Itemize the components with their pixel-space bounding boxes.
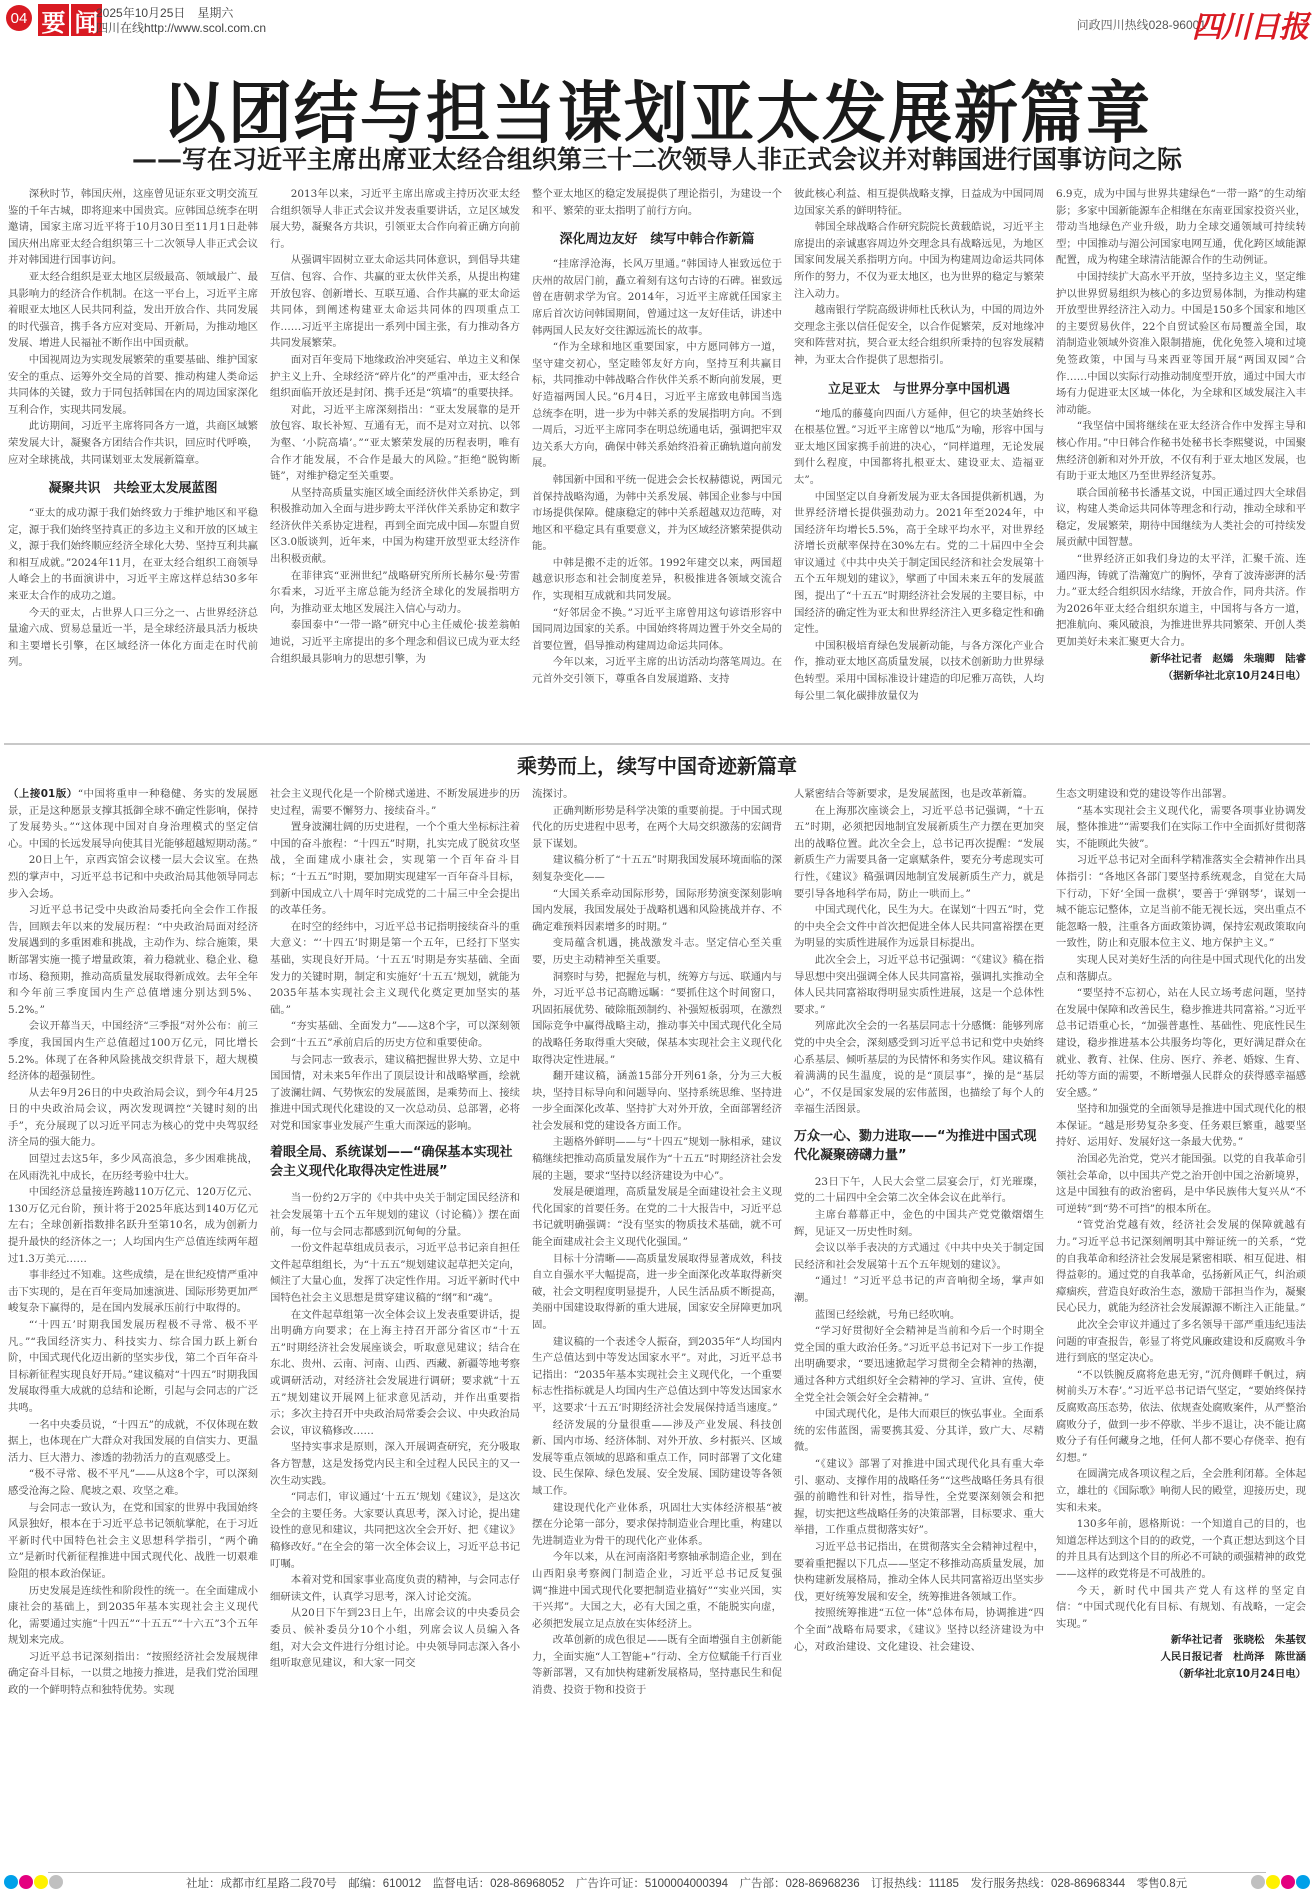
paragraph: “基本实现社会主义现代化，需要各项事业协调发展，整体推进”“需要我们在实际工作中… bbox=[1056, 803, 1306, 853]
paragraph: 历史发展是连续性和阶段性的统一。在全面建成小康社会的基础上，到2035年基本实现… bbox=[8, 1583, 258, 1649]
paragraph: “我坚信中国将继续在亚太经济合作中发挥主导和核心作用。”中日韩合作秘书处秘书长李… bbox=[1056, 418, 1306, 484]
section-heading: 深化周边友好 续写中韩合作新篇 bbox=[532, 228, 782, 247]
paragraph: 此访期间，习近平主席将同各方一道，共商区域繁荣发展大计，凝聚各方团结合作共识，回… bbox=[8, 418, 258, 468]
paragraph: 治国必先治党，党兴才能国强。以党的自我革命引领社会革命，以中国共产党之治开创中国… bbox=[1056, 1151, 1306, 1217]
paragraph: 中国坚定以自身新发展为亚太各国提供新机遇，为世界经济增长提供强劲动力。2021年… bbox=[794, 489, 1044, 638]
yellow-dot-icon bbox=[1266, 1875, 1280, 1889]
paragraph: “‘十四五’时期我国发展历程极不寻常、极不平凡。”“我国经济实力、科技实力、综合… bbox=[8, 1317, 258, 1417]
paragraph: 正确判断形势是科学决策的重要前提。于中国式现代化的历史进程中思考，在两个大局交织… bbox=[532, 803, 782, 853]
color-registration-dots-right bbox=[1251, 1875, 1310, 1889]
website-link[interactable]: 四川在线http://www.scol.com.cn bbox=[96, 21, 266, 36]
paragraph: 变局蕴含机遇，挑战激发斗志。坚定信心至关重要，历史主动精神至关重要。 bbox=[532, 935, 782, 968]
paragraph: “通过！”习近平总书记的声音响彻全场，掌声如潮。 bbox=[794, 1273, 1044, 1306]
paragraph: 习近平总书记指出，在贯彻落实全会精神过程中，要着重把握以下几点——坚定不移推动高… bbox=[794, 1539, 1044, 1605]
paragraph: “管党治党越有效，经济社会发展的保障就越有力。”习近平总书记深刻阐明其中辩证统一… bbox=[1056, 1217, 1306, 1317]
paragraph: “《建议》部署了对推进中国式现代化具有重大牵引、驱动、支撑作用的战略任务”“这些… bbox=[794, 1456, 1044, 1539]
issue-date: 2025年10月25日 星期六 bbox=[96, 6, 266, 21]
section-heading: 凝聚共识 共绘亚太发展蓝图 bbox=[8, 477, 258, 496]
paragraph: 中韩是搬不走的近邻。1992年建交以来，两国超越意识形态和社会制度差异，积极推进… bbox=[532, 555, 782, 605]
article-column: 2013年以来，习近平主席出席或主持历次亚太经合组织领导人非正式会议并发表重要讲… bbox=[264, 186, 526, 741]
paragraph: “学习好贯彻好全会精神是当前和今后一个时期全党全国的重大政治任务。”习近平总书记… bbox=[794, 1323, 1044, 1406]
paragraph: 从强调牢固树立亚太命运共同体意识，到倡导共建互信、包容、合作、共赢的亚太伙伴关系… bbox=[270, 252, 520, 352]
byline: 人民日报记者 杜尚泽 陈世涵 bbox=[1056, 1649, 1306, 1666]
section-char: 要 bbox=[38, 4, 69, 36]
paragraph: 从20日下午到23日上午，出席会议的中央委员会委员、候补委员分10个小组，列席会… bbox=[270, 1605, 520, 1671]
section-heading: 万众一心、勠力进取——“为推进中国式现代化凝聚磅礴力量” bbox=[794, 1127, 1044, 1165]
article-column: 流探讨。 正确判断形势是科学决策的重要前提。于中国式现代化的历史进程中思考，在两… bbox=[526, 786, 788, 1866]
paragraph: 6.9克，成为中国与世界共建绿色“一带一路”的生动缩影；多家中国新能源车企相继在… bbox=[1056, 186, 1306, 269]
black-dot-icon bbox=[49, 1875, 63, 1889]
paragraph: 今年以来，从在河南洛阳考察轴承制造企业，到在山西阳泉考察阀门制造企业，习近平总书… bbox=[532, 1549, 782, 1632]
cyan-dot-icon bbox=[1296, 1875, 1310, 1889]
paragraph: 韩国全球战略合作研究院院长黄载皓说，习近平主席提出的亲诚惠容周边外交理念具有战略… bbox=[794, 219, 1044, 302]
article2-body: （上接01版）“中国将重申一种稳健、务实的发展愿景，正是这种愿景支撑其抵御全球不… bbox=[2, 786, 1312, 1866]
paragraph: 建议稿的一个表述令人振奋，到2035年“人均国内生产总值达到中等发达国家水平”。… bbox=[532, 1334, 782, 1417]
section-heading: 立足亚太 与世界分享中国机遇 bbox=[794, 378, 1044, 397]
paragraph: 回望过去这5年，多少风高浪急，多少困难挑战，在风雨洗礼中成长，在历经考验中壮大。 bbox=[8, 1151, 258, 1184]
black-dot-icon bbox=[1251, 1875, 1265, 1889]
cyan-dot-icon bbox=[4, 1875, 18, 1889]
byline: 新华社记者 赵嫣 朱瑞卿 陆睿 bbox=[1056, 651, 1306, 668]
paragraph: 在圆满完成各项议程之后，全会胜利闭幕。全体起立，雄壮的《国际歌》响彻人民的殿堂，… bbox=[1056, 1466, 1306, 1516]
article-column: 彼此核心利益、相互提供战略支撑，日益成为中国同周边国家关系的鲜明特征。 韩国全球… bbox=[788, 186, 1050, 741]
byline: 新华社记者 张晓松 朱基钗 bbox=[1056, 1632, 1306, 1649]
paragraph: 习近平总书记深刻指出：“按照经济社会发展规律确定奋斗目标，一以贯之地接力推进，是… bbox=[8, 1649, 258, 1699]
paragraph: 当一份约2万字的《中共中央关于制定国民经济和社会发展第十五个五年规划的建议（讨论… bbox=[270, 1190, 520, 1240]
section-divider bbox=[4, 743, 1310, 745]
article-column: 社会主义现代化是一个阶梯式递进、不断发展进步的历史过程，需要不懈努力、接续奋斗。… bbox=[264, 786, 526, 1866]
footer-divider bbox=[48, 1872, 1266, 1873]
source-note: （新华社北京10月24日电） bbox=[1056, 1666, 1306, 1683]
paragraph: 在时空的经纬中，习近平总书记指明接续奋斗的重大意义：“‘十四五’时期是第一个五年… bbox=[270, 919, 520, 1019]
paragraph: 20日上午，京西宾馆会议楼一层大会议室。在热烈的掌声中，习近平总书记和中央政治局… bbox=[8, 852, 258, 902]
paragraph: “地瓜的藤蔓向四面八方延伸，但它的块茎始终长在根基位置。”习近平主席曾以“地瓜”… bbox=[794, 406, 1044, 489]
paragraph: 流探讨。 bbox=[532, 786, 782, 803]
paragraph: 会议开幕当天，中国经济“三季报”对外公布：前三季度，我国国内生产总值超过100万… bbox=[8, 1018, 258, 1084]
yellow-dot-icon bbox=[34, 1875, 48, 1889]
paragraph: 生态文明建设和党的建设等作出部署。 bbox=[1056, 786, 1306, 803]
paragraph: 中国式现代化，是伟大而艰巨的恢弘事业。全面系统的宏伟蓝图，需要携其爱、分其详，致… bbox=[794, 1406, 1044, 1456]
paragraph: “亚太的成功源于我们始终致力于维护地区和平稳定，源于我们始终坚持真正的多边主义和… bbox=[8, 505, 258, 605]
paragraph: 事非经过不知难。这些成绩，是在世纪疫情严重冲击下实现的，是在百年变局加速演进、国… bbox=[8, 1267, 258, 1317]
paragraph: 今天，新时代中国共产党人有这样的坚定自信：“中国式现代化有目标、有规划、有战略，… bbox=[1056, 1583, 1306, 1633]
paragraph: 今年以来，习近平主席的出访活动均落笔周边。在元首外交引领下，尊重各自发展道路、支… bbox=[532, 654, 782, 687]
page-footer: 社址：成都市红星路二段70号 邮编：610012 监督电话：028-869680… bbox=[0, 1872, 1314, 1896]
paragraph: 从去年9月26日的中央政治局会议，到今年4月25日的中央政治局会议，两次发现调控… bbox=[8, 1085, 258, 1151]
paragraph: 对此，习近平主席深刻指出：“亚太发展靠的是开放包容、取长补短、互通有无，而不是对… bbox=[270, 402, 520, 485]
paragraph: 蓝图已经绘就，号角已经吹响。 bbox=[794, 1307, 1044, 1324]
paragraph: 习近平总书记受中央政治局委托向全会作工作报告，回顾去年以来的发展历程：“中央政治… bbox=[8, 902, 258, 1018]
paragraph: 130多年前，恩格斯说：一个知道自己的目的，也知道怎样达到这个目的的政党，一个真… bbox=[1056, 1516, 1306, 1582]
publisher-info: 社址：成都市红星路二段70号 邮编：610012 监督电话：028-869680… bbox=[186, 1875, 1187, 1891]
paragraph: 在上海那次座谈会上，习近平总书记强调，“十五五”时期，必须把因地制宜发展新质生产… bbox=[794, 803, 1044, 903]
issue-info: 2025年10月25日 星期六 四川在线http://www.scol.com.… bbox=[96, 6, 266, 36]
paragraph: 亚太经合组织是亚太地区层级最高、领域最广、最具影响力的经济合作机制。在这一平台上… bbox=[8, 269, 258, 352]
paragraph: 2013年以来，习近平主席出席或主持历次亚太经合组织领导人非正式会议并发表重要讲… bbox=[270, 186, 520, 252]
paragraph: 此次全会上，习近平总书记强调：“《建议》稿在指导思想中突出强调全体人民共同富裕，… bbox=[794, 952, 1044, 1018]
paragraph: 23日下午，人民大会堂二层宴会厅，灯光璀璨，党的二十届四中全会第二次全体会议在此… bbox=[794, 1174, 1044, 1207]
paragraph: 会议以举手表决的方式通过《中共中央关于制定国民经济和社会发展第十五个五年规划的建… bbox=[794, 1240, 1044, 1273]
paragraph: 实现人民对美好生活的向往是中国式现代化的出发点和落脚点。 bbox=[1056, 952, 1306, 985]
paragraph: 坚持实事求是原则，深入开展调查研究，充分吸取各方智慧，这是发扬党内民主和全过程人… bbox=[270, 1439, 520, 1489]
paragraph: 中国式现代化，民生为大。在谋划“十四五”时，党的中央全会文件中首次把促进全体人民… bbox=[794, 902, 1044, 952]
paragraph: “要坚持不忘初心，站在人民立场考虑问题，坚持在发展中保障和改善民生，稳步推进共同… bbox=[1056, 985, 1306, 1101]
paragraph: 发展是硬道理，高质量发展是全面建设社会主义现代化国家的首要任务。在党的二十大报告… bbox=[532, 1184, 782, 1250]
paragraph: 一名中央委员说，“十四五”的成就，不仅体现在数据上，也体现在广大群众对我国发展的… bbox=[8, 1417, 258, 1467]
page-number-badge: 04 bbox=[6, 5, 32, 31]
paragraph: 与会同志一致认为，在党和国家的世界中我国始终风景独好，根本在于习近平总书记领航掌… bbox=[8, 1500, 258, 1583]
paragraph: 深秋时节，韩国庆州，这座曾见证东亚文明交流互鉴的千年古城，即将迎来中国贵宾。应韩… bbox=[8, 186, 258, 269]
paragraph: 彼此核心利益、相互提供战略支撑，日益成为中国同周边国家关系的鲜明特征。 bbox=[794, 186, 1044, 219]
paragraph: 中国经济总量接连跨越110万亿元、120万亿元、130万亿元台阶，预计将于202… bbox=[8, 1184, 258, 1267]
article-column: 整个亚太地区的稳定发展提供了理论指引，为建设一个和平、繁荣的亚太指明了前行方向。… bbox=[526, 186, 788, 741]
paragraph: “挂席浮沧海，长风万里通。”韩国诗人崔致远位于庆州的故居门前，矗立着刻有这句古诗… bbox=[532, 256, 782, 339]
paragraph: “好邻居金不换。”习近平主席曾用这句谚语形容中国同周边国家的关系。中国始终将周边… bbox=[532, 605, 782, 655]
paragraph: 洞察时与势，把握危与机，统筹方与远、联通内与外，习近平总书记高瞻远瞩：“要抓住这… bbox=[532, 969, 782, 1069]
color-registration-dots-left bbox=[4, 1875, 63, 1889]
paragraph: 目标十分清晰——高质量发展取得显著成效，科技自立自强水平大幅提高，进一步全面深化… bbox=[532, 1251, 782, 1334]
paragraph: 人紧密结合等新要求，是发展蓝图，也是改革新篇。 bbox=[794, 786, 1044, 803]
paragraph: 习近平总书记对全面科学精准落实全会精神作出具体指引：“各地区各部门要坚持系统观念… bbox=[1056, 852, 1306, 952]
masthead: 04 要 闻 2025年10月25日 星期六 四川在线http://www.sc… bbox=[0, 0, 1314, 44]
paragraph: 列席此次全会的一名基层同志十分感慨：能够列席党的中央全会，深刻感受到习近平总书记… bbox=[794, 1018, 1044, 1118]
paragraph: 在菲律宾“亚洲世纪”战略研究所所长赫尔曼·劳雷尔看来，习近平主席总能为经济全球化… bbox=[270, 568, 520, 618]
article-column: （上接01版）“中国将重申一种稳健、务实的发展愿景，正是这种愿景支撑其抵御全球不… bbox=[2, 786, 264, 1866]
paragraph: 今天的亚太，占世界人口三分之一、占世界经济总量逾六成、贸易总量近一半，是全球经济… bbox=[8, 605, 258, 671]
article-column: 深秋时节，韩国庆州，这座曾见证东亚文明交流互鉴的千年古城，即将迎来中国贵宾。应韩… bbox=[2, 186, 264, 741]
magenta-dot-icon bbox=[19, 1875, 33, 1889]
paragraph: 中国持续扩大高水平开放，坚持多边主义，坚定维护以世界贸易组织为核心的多边贸易体制… bbox=[1056, 269, 1306, 418]
paragraph: “不以铁腕反腐将危患无穷，”沉舟侧畔千帆过，病树前头万木春’。”习近平总书记语气… bbox=[1056, 1367, 1306, 1467]
section-label: 要 闻 bbox=[38, 4, 102, 36]
paragraph: 从坚持高质量实施区域全面经济伙伴关系协定，到积极推动加入全面与进步跨太平洋伙伴关… bbox=[270, 485, 520, 568]
paragraph: 一份文件起草组成员表示，习近平总书记亲自担任文件起草组组长，为“十五五”规划建议… bbox=[270, 1240, 520, 1306]
paragraph: 越南银行学院高级讲师杜氏秋认为，中国的周边外交理念主张以信任促安全，以合作促繁荣… bbox=[794, 302, 1044, 368]
magenta-dot-icon bbox=[1281, 1875, 1295, 1889]
article-subheadline: ——写在习近平主席出席亚太经合组织第三十二次领导人非正式会议并对韩国进行国事访问… bbox=[0, 140, 1314, 176]
paragraph: 主席台幕幕正中，金色的中国共产党党徽熠熠生辉，见证又一历史性时刻。 bbox=[794, 1207, 1044, 1240]
paragraph: 中国积极培育绿色发展新动能，与各方深化产业合作，推动亚太地区高质量发展，以技术创… bbox=[794, 638, 1044, 704]
paragraph: 与会同志一致表示，建议稿把握世界大势、立足中国国情，对未来5年作出了顶层设计和战… bbox=[270, 1052, 520, 1135]
paragraph: 在文件起草组第一次全体会议上发表重要讲话，提出明确方向要求；在上海主持召开部分省… bbox=[270, 1307, 520, 1440]
source-note: （据新华社北京10月24日电） bbox=[1056, 668, 1306, 685]
paragraph: “世界经济正如我们身边的太平洋，汇聚千流、连通四海，铸就了浩瀚宽广的胸怀，孕育了… bbox=[1056, 551, 1306, 651]
paragraph: 建议稿分析了“十五五”时期我国发展环境面临的深刻复杂变化—— bbox=[532, 852, 782, 885]
paragraph: 社会主义现代化是一个阶梯式递进、不断发展进步的历史过程，需要不懈努力、接续奋斗。… bbox=[270, 786, 520, 819]
article-column: 人紧密结合等新要求，是发展蓝图，也是改革新篇。 在上海那次座谈会上，习近平总书记… bbox=[788, 786, 1050, 1866]
article2-headline: 乘势而上，续写中国奇迹新篇章 bbox=[0, 750, 1314, 779]
paragraph: 中国视周边为实现发展繁荣的重要基础、维护国家安全的重点、运筹外交全局的首要、推动… bbox=[8, 352, 258, 418]
paragraph: 置身波澜壮阔的历史进程，一个个重大坐标标注着中国的奋斗旅程：“十四五”时期，扎实… bbox=[270, 819, 520, 919]
paragraph: “同志们，审议通过‘十五五’规划《建议》，是这次全会的主要任务。大家要认真思考，… bbox=[270, 1489, 520, 1572]
paragraph: 韩国新中国和平统一促进会会长权赫德说，两国元首保持战略沟通，为韩中关系发展、韩国… bbox=[532, 472, 782, 555]
paragraph: 建设现代化产业体系，巩固壮大实体经济根基“被摆在分论第一部分，要求保持制造业合理… bbox=[532, 1500, 782, 1550]
paragraph: “作为全球和地区重要国家，中方愿同韩方一道，坚守建交初心，坚定睦邻友好方向，坚持… bbox=[532, 339, 782, 472]
paragraph: 泰国泰中“一带一路”研究中心主任威伦·拔差翁帕迪说，习近平主席提出的多个理念和倡… bbox=[270, 617, 520, 667]
paragraph: 改革创新的成色很足——既有全面增强自主创新能力，全面实施“人工智能+”行动、全方… bbox=[532, 1632, 782, 1698]
paragraph: 主题格外鲜明——与“十四五”规划一脉相承，建议稿继续把推动高质量发展作为“十五五… bbox=[532, 1134, 782, 1184]
paragraph: 本着对党和国家事业高度负责的精神，与会同志仔细研读文件，认真学习思考，深入讨论交… bbox=[270, 1572, 520, 1605]
paragraph: 联合国前秘书长潘基文说，中国正通过四大全球倡议，构建人类命运共同体等理念和行动，… bbox=[1056, 485, 1306, 551]
paragraph: 整个亚太地区的稳定发展提供了理论指引，为建设一个和平、繁荣的亚太指明了前行方向。 bbox=[532, 186, 782, 219]
article-column: 生态文明建设和党的建设等作出部署。 “基本实现社会主义现代化，需要各项事业协调发… bbox=[1050, 786, 1312, 1866]
newspaper-logo: 四川日报 bbox=[1192, 2, 1308, 46]
article1-body: 深秋时节，韩国庆州，这座曾见证东亚文明交流互鉴的千年古城，即将迎来中国贵宾。应韩… bbox=[2, 186, 1312, 741]
paragraph: 按照统筹推进“五位一体”总体布局，协调推进“四个全面”战略布局要求，《建议》坚持… bbox=[794, 1605, 1044, 1655]
paragraph: 经济发展的分量很重——涉及产业发展、科技创新、国内市场、经济体制、对外开放、乡村… bbox=[532, 1417, 782, 1500]
paragraph: “极不寻常、极不平凡”——从这8个字，可以深刻感受沧海之险、爬坡之艰、攻坚之难。 bbox=[8, 1466, 258, 1499]
paragraph: 坚持和加强党的全面领导是推进中国式现代化的根本保证。“越是形势复杂多变、任务艰巨… bbox=[1056, 1101, 1306, 1151]
continued-from-label[interactable]: （上接01版） bbox=[8, 788, 78, 800]
section-heading: 着眼全局、系统谋划——“确保基本实现社会主义现代化取得决定性进展” bbox=[270, 1143, 520, 1181]
article-column: 6.9克，成为中国与世界共建绿色“一带一路”的生动缩影；多家中国新能源车企相继在… bbox=[1050, 186, 1312, 741]
paragraph: “大国关系牵动国际形势，国际形势演变深刻影响国内发展，我国发展处于战略机遇和风险… bbox=[532, 886, 782, 936]
hotline: 问政四川热线028-96001 bbox=[1077, 16, 1206, 33]
paragraph: “夯实基础、全面发力”——这8个字，可以深刻领会到“十五五”承前启后的历史方位和… bbox=[270, 1018, 520, 1051]
paragraph: 此次全会审议并通过了多名领导干部严重违纪违法问题的审查报告，彰显了将党风廉政建设… bbox=[1056, 1317, 1306, 1367]
paragraph: 翻开建议稿，涵盖15部分开列61条，分为三大板块，坚持目标导向和问题导向、坚持系… bbox=[532, 1068, 782, 1134]
paragraph: 面对百年变局下地缘政治冲突延宕、单边主义和保护主义上升、全球经济“碎片化”的严重… bbox=[270, 352, 520, 402]
